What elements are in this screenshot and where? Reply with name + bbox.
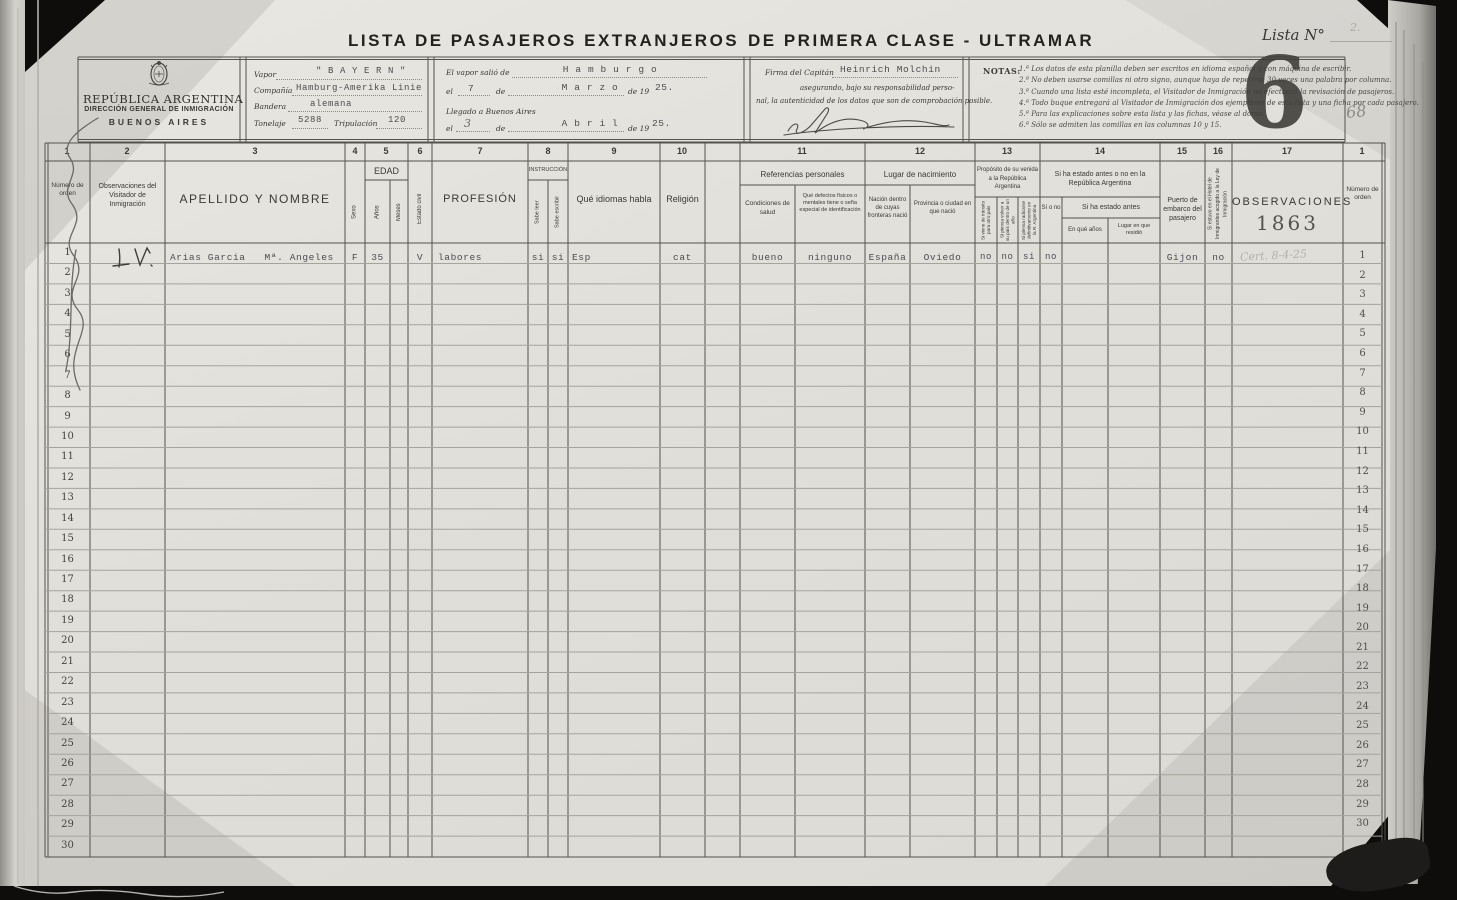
cell-been-before: no (1040, 252, 1062, 262)
colnum-6: 6 (393, 146, 447, 156)
row-number: 25 (1343, 716, 1382, 736)
cell-reads: si (529, 252, 547, 263)
header-ha-estado-antes: Si ha estado antes (1062, 204, 1160, 211)
header-nacion: Nación dentro de cuyas fronteras nació (866, 196, 909, 220)
row-number: 4 (1343, 305, 1382, 325)
nota-item: 1.ª Los datos de esta planilla deben ser… (1019, 64, 1419, 75)
colnum-9: 9 (587, 146, 641, 156)
colnum-16: 16 (1191, 146, 1245, 156)
header-provincia: Provincia o ciudad en que nació (912, 200, 973, 216)
cell-transit: no (975, 252, 997, 262)
nota-item: 3.ª Cuando una lista esté incompleta, el… (1019, 87, 1419, 98)
header-defectos: Qué defectos físicos o mentales tiene o … (797, 193, 863, 214)
header-radicarse: Si piensa radicarse definitivamente en l… (1019, 199, 1039, 241)
row-number: 19 (1343, 599, 1382, 619)
llegado-el-label: el (446, 124, 453, 133)
colnum-7: 7 (453, 146, 507, 156)
header-sexo: Sexo (346, 186, 363, 238)
row-number: 25 (45, 734, 90, 754)
colnum-3: 3 (228, 146, 282, 156)
row-number: 29 (1343, 795, 1382, 815)
row-number: 13 (45, 488, 90, 508)
colnum-12: 12 (893, 146, 947, 156)
header-numero-orden-right: Número de orden (1343, 186, 1382, 202)
tonelaje-line (292, 127, 328, 129)
row-number: 21 (45, 652, 90, 672)
header-profesion: PROFESIÓN (432, 193, 528, 205)
bandera-line (288, 110, 422, 112)
row-number: 1 (1343, 246, 1382, 266)
form-grid-lines (0, 0, 1457, 900)
header-transito: Si viene de tránsito para otro país (976, 199, 996, 241)
header-estado-antes-group: Si ha estado antes o no en la República … (1040, 170, 1160, 188)
colnum-17: 17 (1260, 146, 1314, 156)
row-number: 27 (1343, 755, 1382, 775)
row-number: 23 (45, 693, 90, 713)
year-stamp: 1863 (1232, 211, 1343, 235)
colnum-13: 13 (980, 146, 1034, 156)
row-number: 27 (45, 774, 90, 794)
row-number: 26 (1343, 736, 1382, 756)
page-title-right: DE PRIMERA CLASE - ULTRAMAR (748, 31, 1060, 51)
captain-name-line (832, 76, 958, 78)
row-number: 8 (1343, 383, 1382, 403)
colnum-11: 11 (775, 146, 829, 156)
cell-return: no (997, 252, 1018, 262)
header-volver: Si piensa volver a su país dentro de un … (998, 199, 1017, 241)
row-number: 22 (45, 672, 90, 692)
binding-thread (10, 884, 230, 900)
cell-age-years: 35 (365, 252, 390, 263)
row-number: 11 (1343, 442, 1382, 462)
org-country: REPÚBLICA ARGENTINA (83, 92, 235, 106)
cell-defects: ninguno (795, 252, 865, 263)
row-number: 9 (1343, 403, 1382, 423)
salio-day: 7 (468, 83, 474, 94)
bandera-value: alemana (310, 99, 352, 109)
header-condiciones-salud: Condiciones de salud (742, 200, 793, 217)
row-number: 30 (1343, 814, 1382, 834)
cell-health: bueno (740, 252, 795, 263)
header-sabe-escribir: Sabe escribir (549, 184, 567, 240)
row-number: 24 (1343, 697, 1382, 717)
llegado-de-label: de (496, 124, 505, 133)
cell-name: Arias Garcia Mª. Angeles (170, 252, 334, 263)
row-number: 15 (45, 529, 90, 549)
row-number: 19 (45, 611, 90, 631)
cell-religion: cat (660, 252, 705, 263)
header-anos: Años (366, 186, 389, 238)
lista-number-line (1330, 40, 1392, 42)
cell-port: Gijon (1160, 252, 1205, 263)
visitor-handwritten-mark (105, 243, 160, 273)
row-number: 2 (1343, 266, 1382, 286)
compania-value: Hamburg-Amerika Linie (296, 83, 422, 93)
compania-line (292, 94, 422, 96)
row-number: 17 (45, 570, 90, 590)
llegado-month-line (508, 130, 624, 132)
coat-of-arms (140, 59, 178, 87)
scanned-book-page: Lista N° 2. LISTA DE PASAJEROS EXTRANJER… (0, 0, 1457, 900)
captain-line1: asegurando, bajo su responsabilidad pers… (800, 84, 954, 92)
compania-label: Compañía (254, 86, 292, 95)
row-numbers-right: 1234567891011121314151617181920212223242… (1343, 246, 1382, 834)
row-number: 18 (1343, 579, 1382, 599)
cell-sex: F (345, 252, 365, 263)
colnum-8: 8 (521, 146, 575, 156)
cell-hotel: no (1205, 252, 1232, 263)
notas-list: 1.ª Los datos de esta planilla deben ser… (1019, 64, 1419, 132)
header-si-o-no: Sí o no (1041, 204, 1061, 212)
llegado-de19-label: de 19 (628, 124, 649, 133)
lista-number-handwritten: 2. (1350, 21, 1361, 34)
salio-month-line (508, 94, 624, 96)
row-number: 16 (1343, 540, 1382, 560)
row-number: 12 (45, 468, 90, 488)
row-number: 22 (1343, 657, 1382, 677)
row-number: 30 (45, 836, 90, 856)
llegado-day-line (456, 130, 490, 132)
row-number: 12 (1343, 462, 1382, 482)
page-number-handwritten: 68 (1345, 101, 1367, 122)
row-number: 24 (45, 713, 90, 733)
cell-nation: España (865, 252, 910, 263)
row-number: 7 (1343, 364, 1382, 384)
cell-writes: si (549, 252, 567, 263)
header-proposito-group: Propósito de su venida a la República Ar… (976, 166, 1039, 192)
header-referencias-group: Referencias personales (740, 170, 865, 179)
salio-de19-label: de 19 (628, 87, 649, 96)
llegado-label: Llegado a Buenos Aires (446, 107, 536, 116)
row-number: 20 (1343, 618, 1382, 638)
row-number: 18 (45, 590, 90, 610)
firma-label: Firma del Capitán (765, 68, 834, 77)
header-estado-civil: Estado civil (409, 180, 431, 238)
big-number-stamp: 6 (1240, 52, 1308, 135)
nota-item: 6.ª Sólo se admiten las comillas en las … (1019, 120, 1419, 131)
colnum-10: 10 (655, 146, 709, 156)
vapor-value: " B A Y E R N " (300, 66, 422, 76)
cell-profession: labores (438, 252, 482, 263)
row-number: 13 (1343, 481, 1382, 501)
header-hotel-inmigrantes: Si estuvo en el Hotel de Inmigrantes aco… (1206, 168, 1231, 240)
margin-signature (18, 110, 113, 410)
salio-el-label: el (446, 87, 453, 96)
header-edad-group: EDAD (365, 166, 408, 176)
tonelaje-label: Tonelaje (254, 119, 286, 128)
header-observaciones: OBSERVACIONES (1232, 196, 1343, 208)
row-number: 15 (1343, 520, 1382, 540)
row-number: 14 (45, 509, 90, 529)
llegado-year: 25. (652, 118, 671, 129)
row-number: 10 (1343, 422, 1382, 442)
header-puerto-embarco: Puerto de embarco del pasajero (1161, 196, 1204, 223)
header-lugar-residio: Lugar en que residió (1109, 223, 1159, 237)
nota-item: 2.ª No deben usarse comillas ni otro sig… (1019, 75, 1419, 86)
row-number: 21 (1343, 638, 1382, 658)
cell-settle: si (1018, 252, 1040, 262)
tripulacion-line (376, 127, 422, 129)
vapor-label: Vapor (254, 70, 276, 79)
salio-port: H a m b u r g o (520, 64, 700, 75)
header-instruccion-group: INSTRUCCIÓN (528, 167, 568, 173)
header-nacimiento-group: Lugar de nacimiento (865, 170, 975, 179)
page-title-left: LISTA DE PASAJEROS EXTRANJEROS (348, 31, 692, 51)
header-en-que-anos: En qué años (1062, 227, 1108, 233)
header-meses: Meses (391, 186, 407, 238)
captain-name: Heinrich Molchin (840, 64, 941, 75)
header-idiomas: Qué idiomas habla (568, 194, 660, 204)
cell-languages: Esp (572, 252, 591, 263)
row-number: 5 (1343, 324, 1382, 344)
colnum-18: 1 (1335, 146, 1389, 156)
cell-civil-state: V (408, 252, 432, 263)
row-number: 14 (1343, 501, 1382, 521)
salio-de-label: de (496, 87, 505, 96)
notas-label: NOTAS: (983, 66, 1021, 76)
header-religion: Religión (660, 194, 705, 204)
cell-province: Oviedo (910, 252, 975, 263)
row-number: 6 (1343, 344, 1382, 364)
llegado-day: 3 (464, 117, 471, 130)
header-sabe-leer: Sabe leer (529, 184, 547, 240)
row-number: 28 (1343, 775, 1382, 795)
bandera-label: Bandera (254, 102, 286, 111)
salio-label: El vapor salió de (446, 68, 510, 77)
tonelaje-value: 5288 (298, 115, 322, 125)
salio-day-line (458, 94, 490, 96)
salio-year: 25. (655, 82, 674, 93)
tripulacion-value: 120 (388, 115, 406, 125)
header-apellido-nombre: APELLIDO Y NOMBRE (167, 192, 343, 206)
row-number: 23 (1343, 677, 1382, 697)
captain-signature (782, 103, 960, 139)
row-number: 10 (45, 427, 90, 447)
row-number: 16 (45, 550, 90, 570)
colnum-14: 14 (1073, 146, 1127, 156)
salio-port-line (512, 76, 707, 78)
row-number: 28 (45, 795, 90, 815)
vapor-line (276, 78, 422, 80)
row-number: 29 (45, 815, 90, 835)
row-number: 26 (45, 754, 90, 774)
row-number: 20 (45, 631, 90, 651)
row-number: 3 (1343, 285, 1382, 305)
tripulacion-label: Tripulación (334, 119, 377, 128)
row-number: 11 (45, 447, 90, 467)
row-number: 17 (1343, 560, 1382, 580)
